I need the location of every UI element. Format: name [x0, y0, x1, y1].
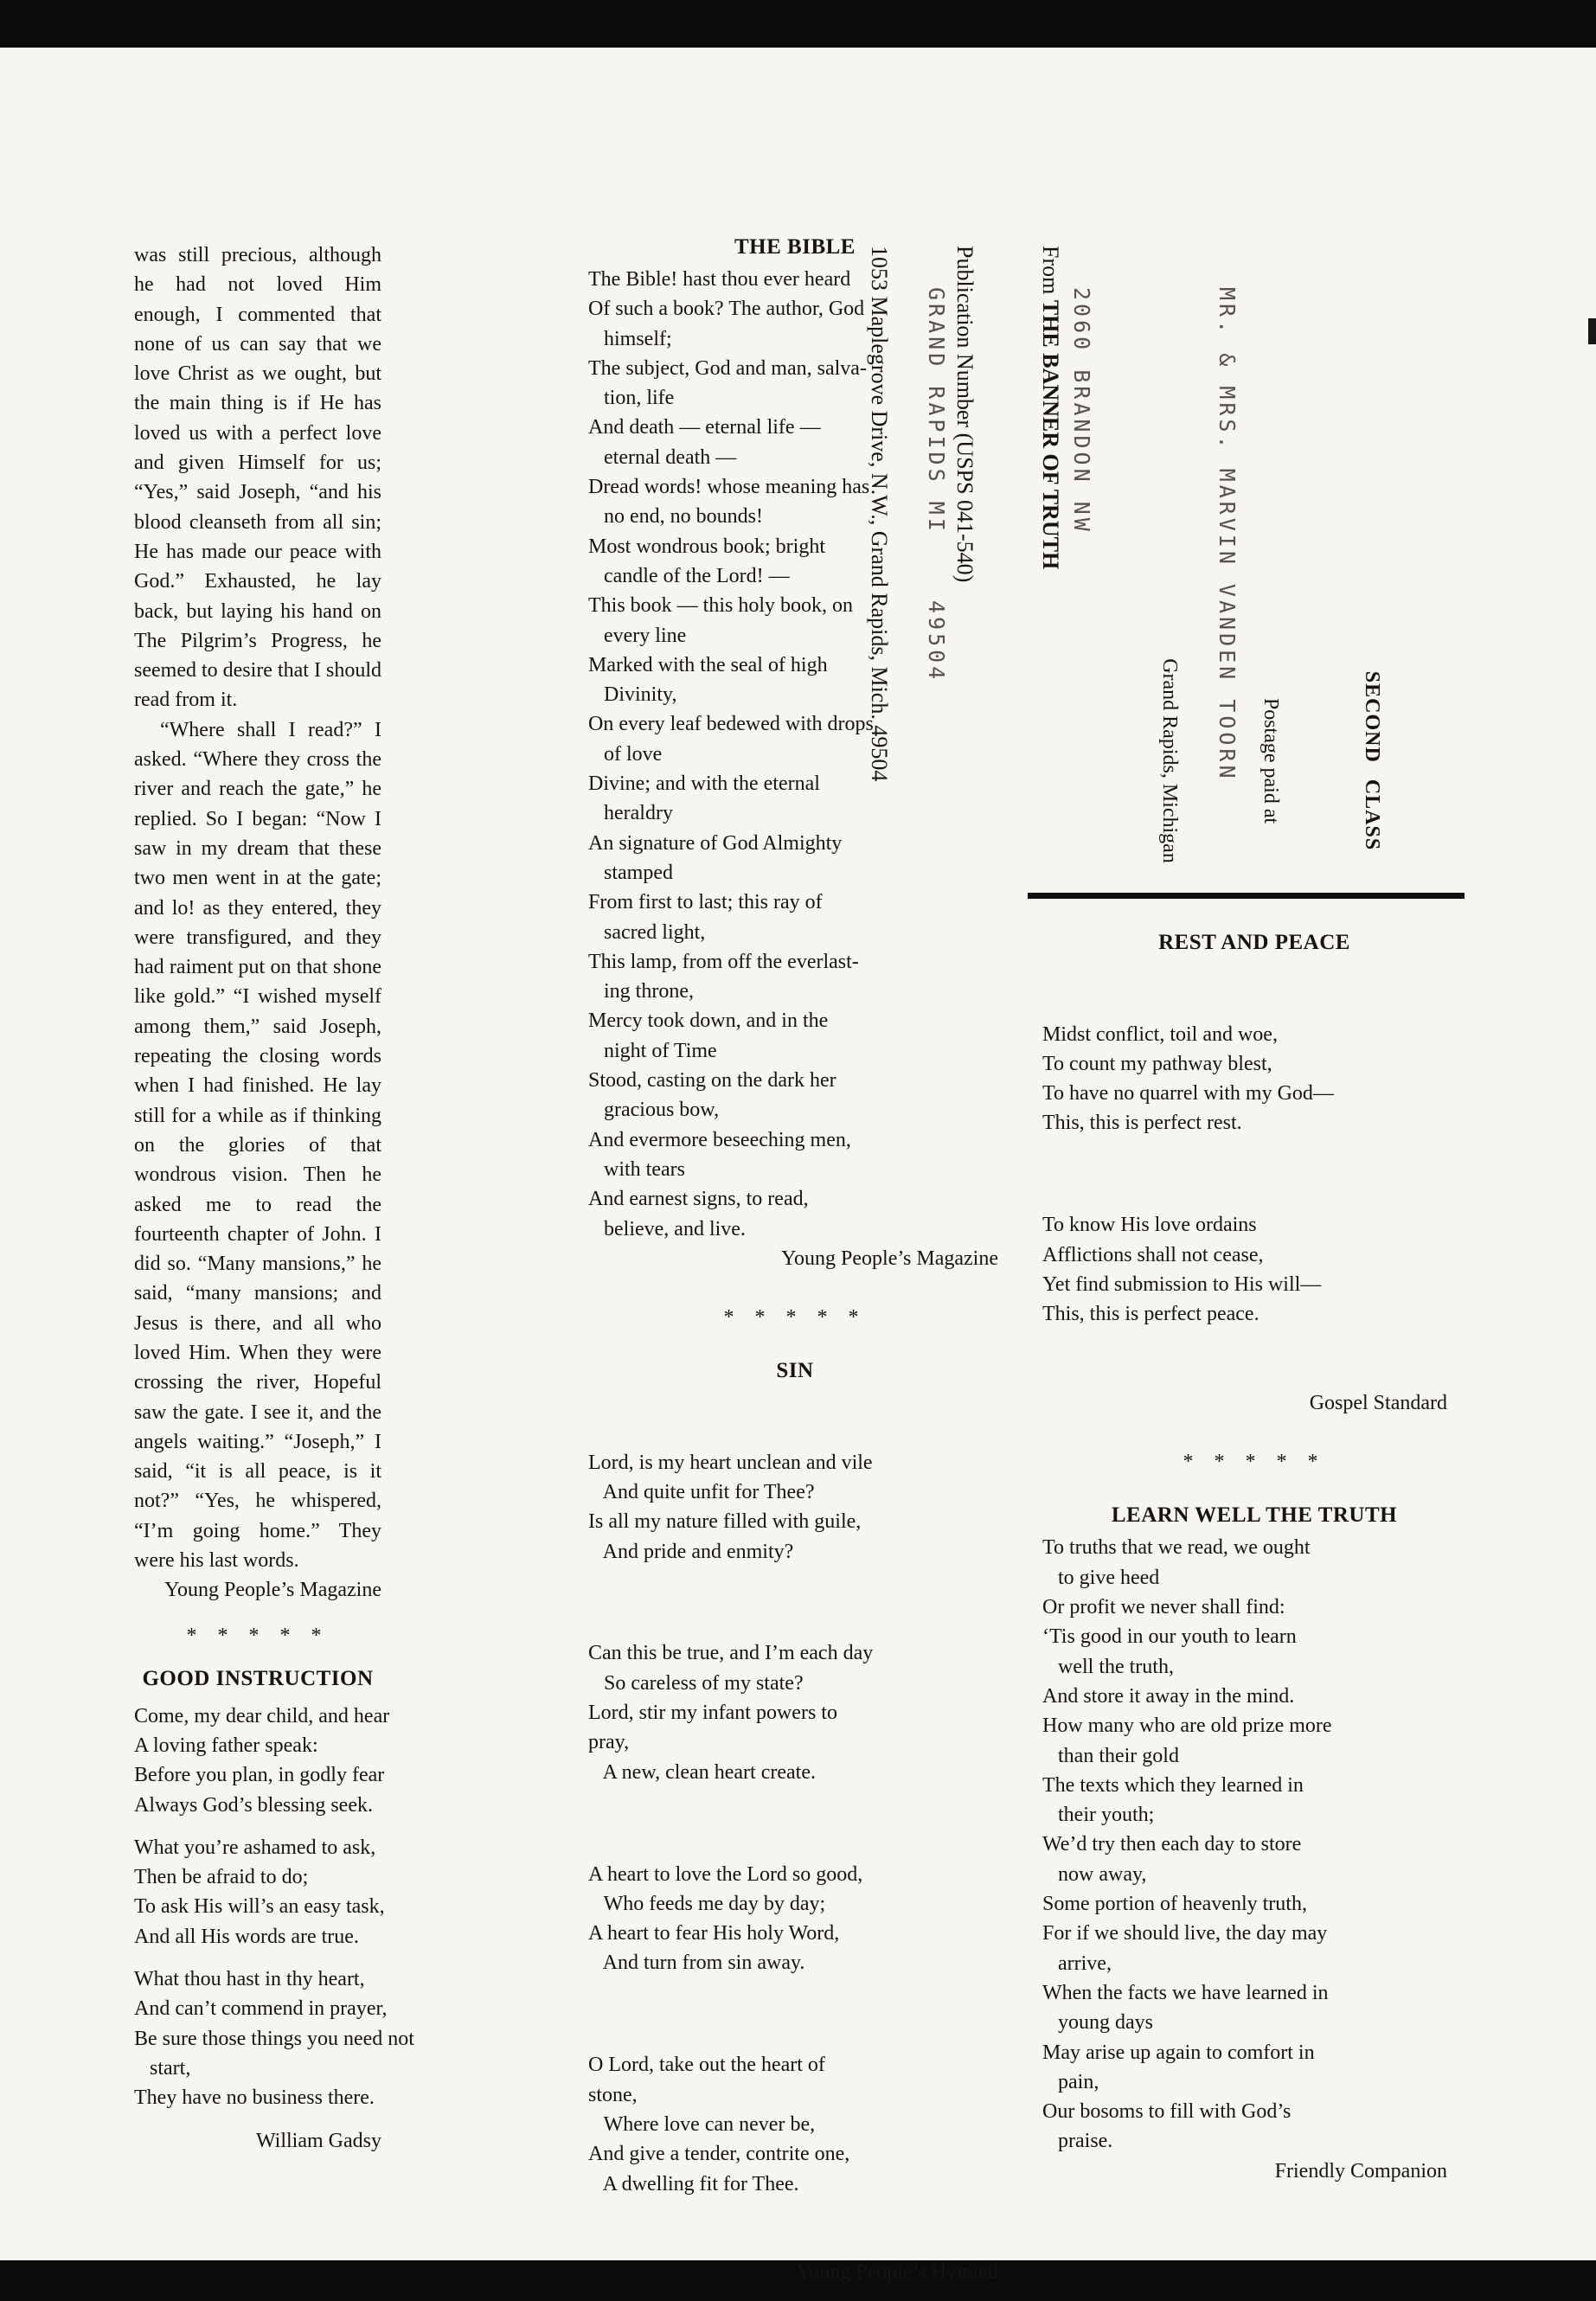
poem-stanza: O Lord, take out the heart of stone, Whe… [588, 2050, 1002, 2198]
poem-title: REST AND PEACE [1042, 931, 1466, 955]
address-line: GRAND RAPIDS MI 49504 [912, 287, 960, 832]
poem-stanza: Midst conflict, toil and woe, To count m… [1042, 1020, 1466, 1138]
attribution: Friendly Companion [1042, 2157, 1466, 2186]
postage-block: SECOND CLASS Postage paid at Grand Rapid… [1352, 642, 1456, 880]
poem-stanza: Lord, is my heart unclean and vile And q… [588, 1448, 1002, 1567]
poem-stanza: A heart to love the Lord so good, Who fe… [588, 1860, 1002, 1978]
prose-paragraph: was still precious, although he had not … [134, 240, 381, 715]
poem-stanza: Can this be true, and I’m each day So ca… [588, 1638, 1002, 1786]
right-column: REST AND PEACE Midst conflict, toil and … [1042, 931, 1466, 2186]
poem-stanza: What you’re ashamed to ask, Then be afra… [134, 1833, 381, 1952]
postage-line: Postage paid at [1253, 642, 1287, 880]
attribution: Young People’s Hymnal [588, 2258, 1002, 2287]
scanned-magazine-page: was still precious, although he had not … [0, 0, 1596, 2301]
attribution: William Gadsy [134, 2126, 381, 2156]
poem-stanza: To know His love ordains Afflictions sha… [1042, 1210, 1466, 1329]
top-scan-bar [0, 0, 1596, 48]
poem-lines: To truths that we read, we ought to give… [1042, 1533, 1466, 2156]
poem-stanzas: Lord, is my heart unclean and vile And q… [588, 1388, 1002, 2258]
prose-paragraph: “Where shall I read?” I asked. “Where th… [134, 715, 381, 1576]
poem-stanzas: Midst conflict, toil and woe, To count m… [1042, 960, 1466, 1388]
divider-rule [1028, 893, 1465, 899]
attribution: Young People’s Magazine [134, 1575, 381, 1605]
star-divider: * * * * * [588, 1306, 1002, 1330]
poem-stanza: What thou hast in thy heart, And can’t c… [134, 1965, 381, 2112]
poem-title: GOOD INSTRUCTION [134, 1667, 381, 1691]
scan-artifact [1588, 318, 1596, 344]
postage-rotated-text: SECOND CLASS Postage paid at Grand Rapid… [1352, 642, 1456, 880]
postage-class-line: SECOND CLASS [1355, 642, 1388, 880]
star-divider: * * * * * [1042, 1451, 1466, 1474]
attribution: Young People’s Magazine [588, 1244, 1002, 1273]
poem-stanza: Come, my dear child, and hear A loving f… [134, 1702, 381, 1820]
poem-title: LEARN WELL THE TRUTH [1042, 1503, 1466, 1528]
attribution: Gospel Standard [1042, 1388, 1466, 1418]
left-column: was still precious, although he had not … [134, 240, 381, 2156]
star-divider: * * * * * [134, 1625, 381, 1648]
poem-title: SIN [588, 1359, 1002, 1383]
postage-line: Grand Rapids, Michigan [1152, 642, 1186, 880]
